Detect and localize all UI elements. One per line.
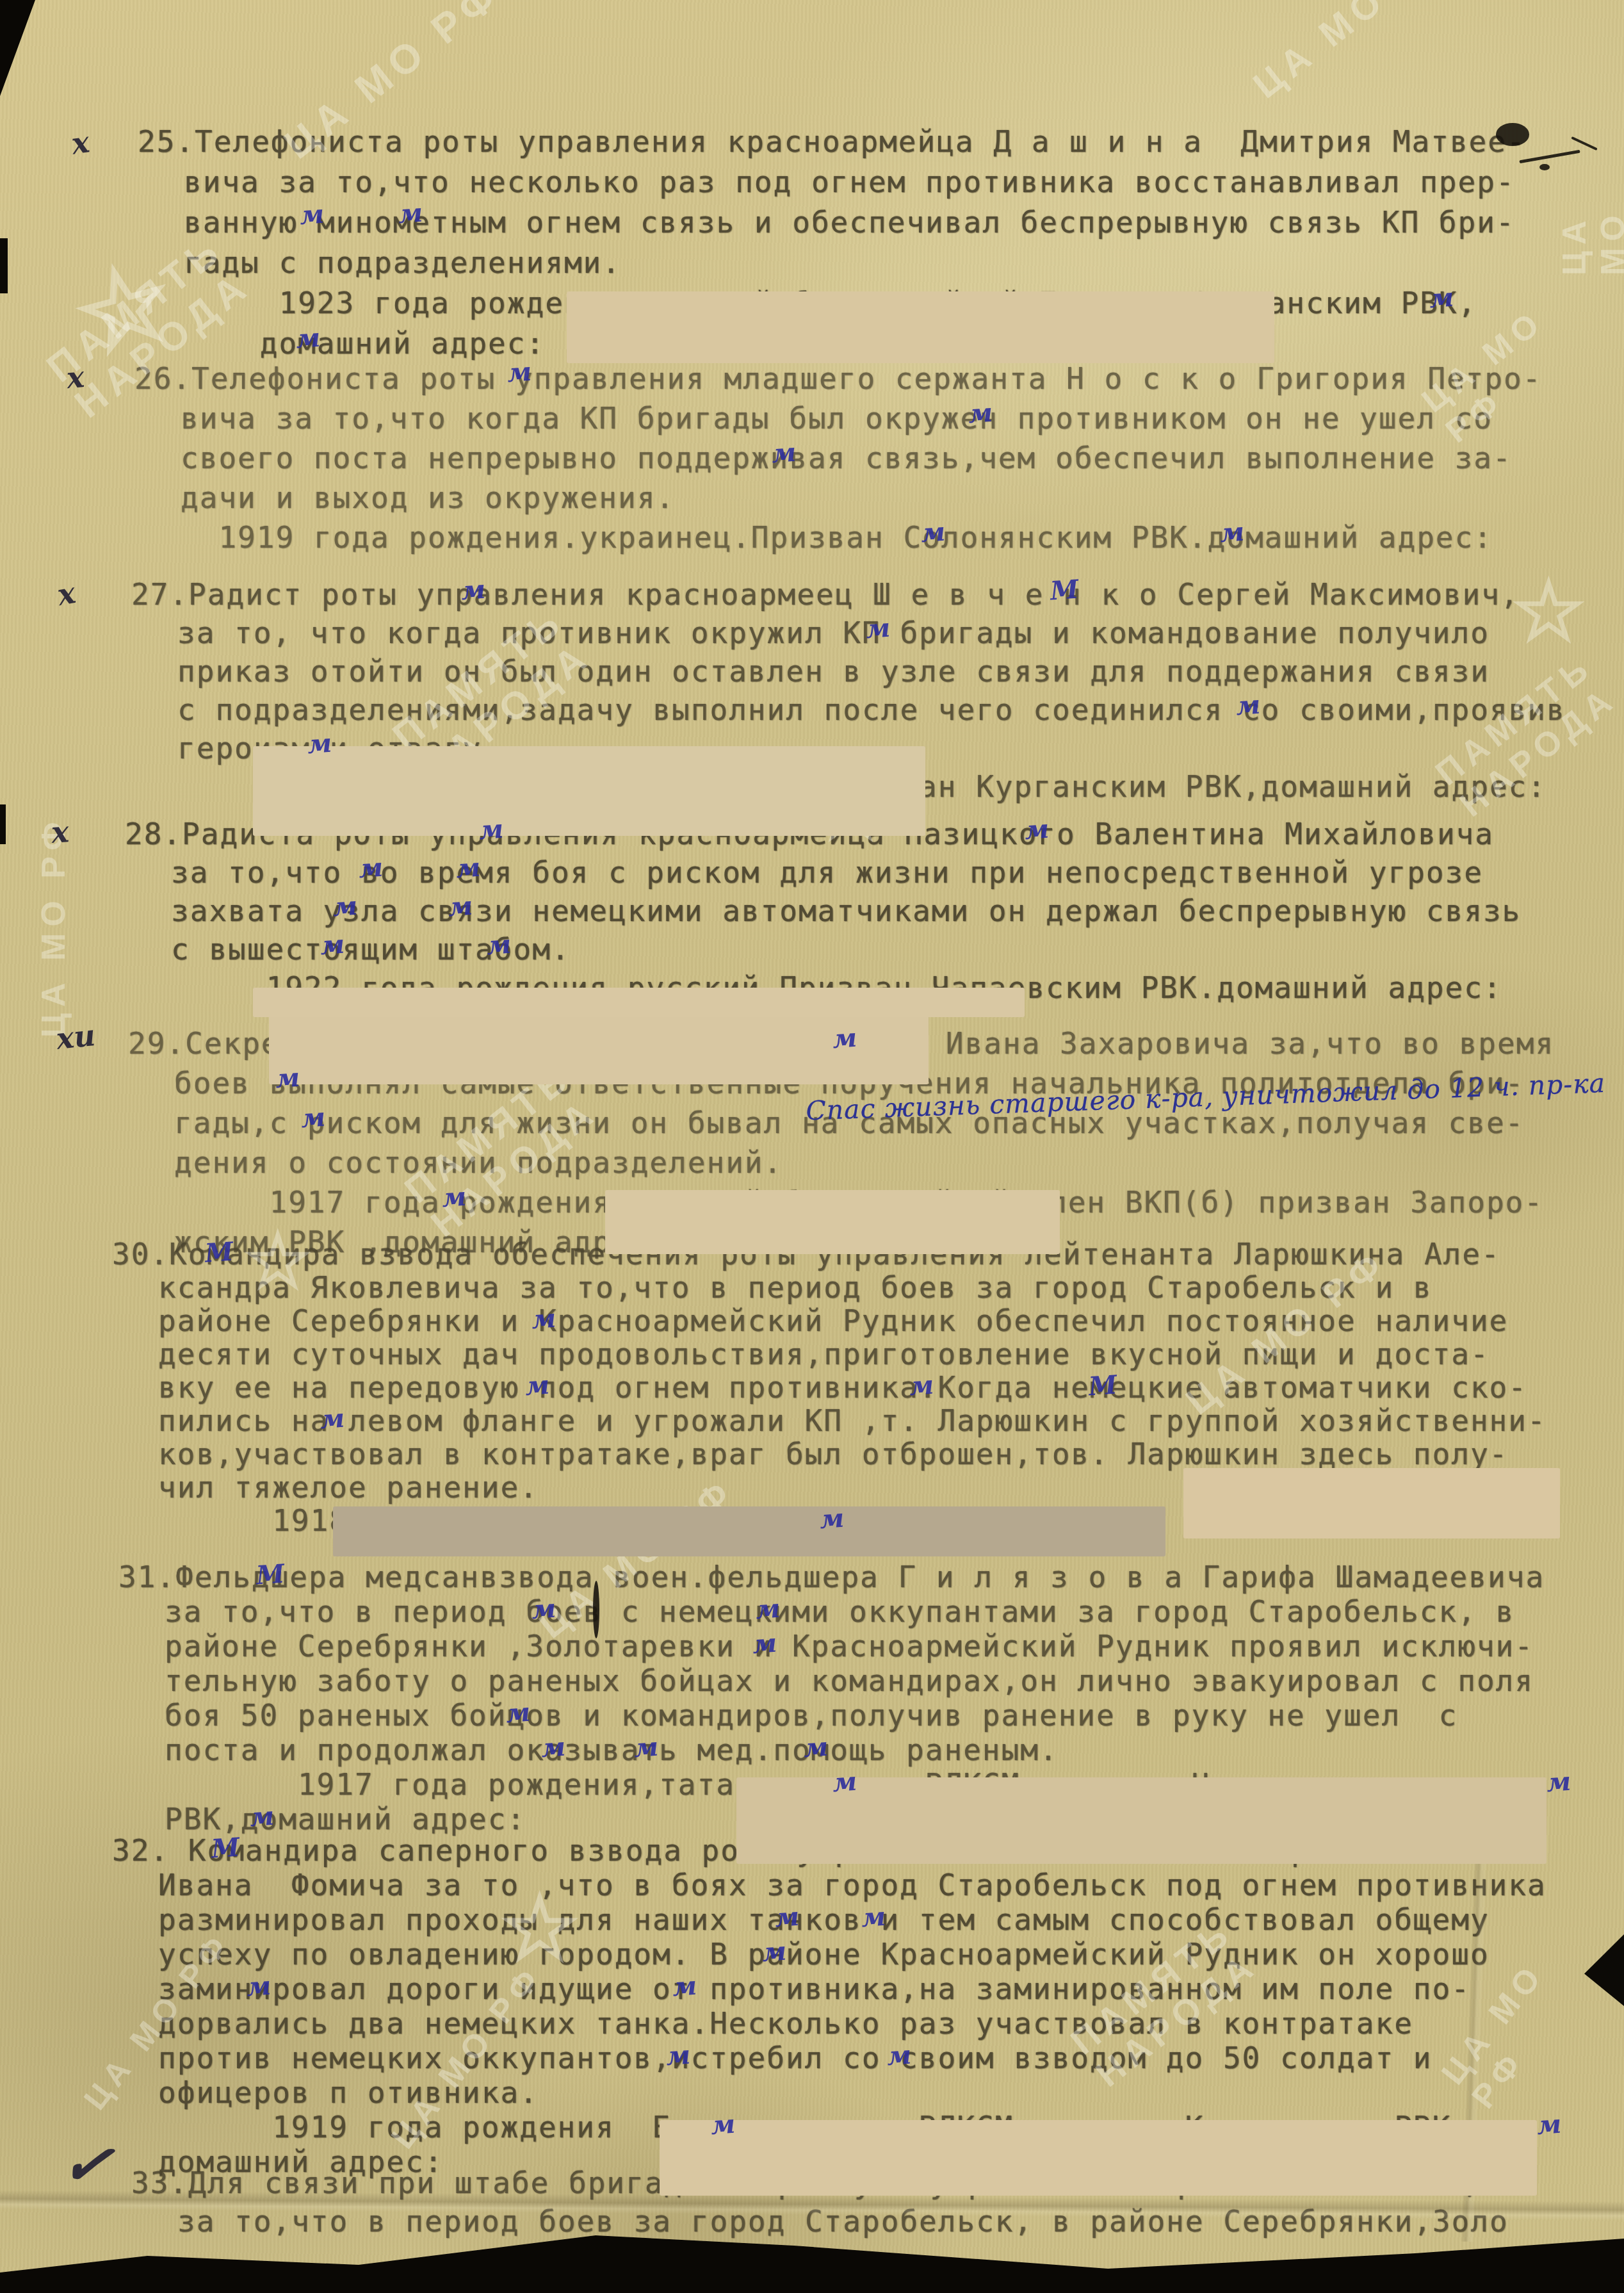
redaction-block [660,2120,1537,2196]
ink-correction-mark: м [460,575,486,607]
ink-correction-mark: М [204,1237,234,1269]
ink-correction-mark: м [506,357,532,389]
pen-margin-mark: ✓ [57,2125,118,2203]
pen-stroke [1571,136,1598,151]
ink-correction-mark: м [967,398,993,430]
ink-correction-mark: м [248,1801,275,1833]
ink-correction-mark: М [210,1832,240,1865]
ink-correction-mark: м [505,1697,531,1729]
ink-correction-mark: м [1219,517,1245,549]
aged-paper-sheet: 25.Телефониста роты управления красноарм… [0,0,1624,2293]
ink-correction-mark: м [295,323,321,355]
torn-edge-left-nick [0,804,6,844]
ink-correction-mark: м [751,1628,777,1660]
pen-margin-mark: х [65,359,86,395]
ink-correction-mark: м [540,1732,566,1764]
ink-correction-mark: м [357,853,384,885]
ink-correction-mark: м [710,2109,736,2141]
ink-correction-mark: м [1536,2109,1562,2141]
ink-correction-mark: м [300,1102,326,1134]
archive-watermark: ЦА МО РФ [1246,0,1462,108]
ink-correction-mark: м [920,517,946,549]
ink-correction-mark: м [530,1594,556,1626]
ink-correction-mark: м [298,199,325,231]
ink-correction-mark: м [1235,690,1261,722]
ink-blot [1496,123,1529,146]
ink-correction-mark: м [1428,282,1454,314]
ink-correction-mark: м [530,1303,556,1335]
ink-correction-mark: м [306,728,332,760]
ink-correction-mark: м [671,1971,697,2003]
ink-correction-mark: м [447,891,473,923]
pen-margin-mark: хи [54,1018,97,1056]
ink-correction-mark: м [274,1063,300,1095]
pen-stroke [1519,150,1580,164]
ink-blot [593,1581,599,1638]
ink-correction-mark: м [761,1936,787,1968]
ink-correction-mark: м [1545,1767,1571,1799]
ink-blot [1539,164,1550,170]
ink-correction-mark: м [770,437,797,469]
ink-correction-mark: м [865,613,891,645]
ink-correction-mark: м [818,1503,845,1535]
redaction-block [605,1190,1060,1254]
ink-correction-mark: м [319,1403,345,1435]
redaction-block [333,1506,1165,1556]
ink-correction-mark: м [319,929,345,961]
ink-correction-mark: м [908,1370,934,1402]
ink-correction-mark: м [1023,814,1050,846]
ink-correction-mark: м [524,1370,550,1402]
ink-correction-mark: м [886,2040,912,2072]
pen-margin-mark: х [50,814,70,850]
redaction-block [1183,1468,1560,1538]
ink-correction-mark: м [441,1182,467,1214]
ink-correction-mark: м [332,891,358,923]
ink-correction-mark: м [478,814,504,846]
ink-correction-mark: м [633,1732,659,1764]
ink-correction-mark: М [255,1559,285,1591]
award-paragraph-26: 26.Телефониста роты управления младшего … [134,359,1541,557]
ink-correction-mark: м [455,853,481,885]
ink-correction-mark: м [860,1902,886,1934]
redaction-block [567,291,1274,363]
ink-correction-mark: м [754,1594,781,1626]
ink-correction-mark: м [802,1732,829,1764]
pen-margin-mark: х [55,575,78,612]
ink-correction-mark: м [831,1023,857,1055]
torn-edge-left-nick [0,238,8,293]
ink-correction-mark: м [397,198,423,230]
archive-watermark: ЦА МО РФ [1556,208,1624,275]
pen-margin-mark: х [69,124,92,161]
ink-correction-mark: М [1087,1370,1117,1402]
ink-correction-mark: м [485,929,512,961]
ink-correction-mark: м [665,2040,691,2072]
ink-correction-mark: м [774,1902,800,1934]
ink-correction-mark: М [1049,575,1079,607]
ink-correction-mark: м [245,1971,272,2003]
redaction-block [736,1777,1547,1864]
redaction-block [253,746,925,836]
scanned-document-page: { "document": { "type_label": "award-lis… [0,0,1624,2293]
ink-correction-mark: м [831,1767,857,1799]
redaction-block [253,988,1025,1017]
